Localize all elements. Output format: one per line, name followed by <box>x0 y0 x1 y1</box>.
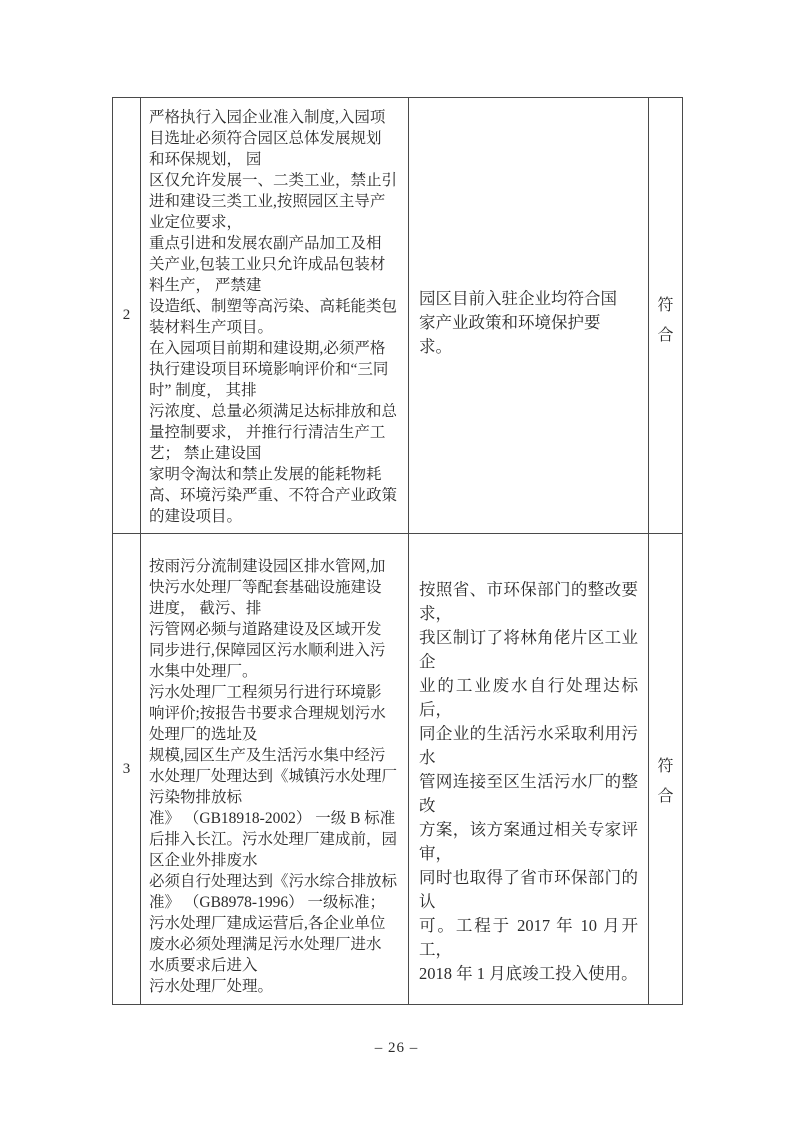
document-page: 2 严格执行入园企业准入制度,入园项 目选址必须符合园区总体发展规划 和环保规划… <box>0 0 793 1122</box>
status-cell: 按照省、市环保部门的整改要求， 我区制订了将林角佬片区工业企 业的工业废水自行处… <box>409 534 649 1005</box>
requirement-cell: 按雨污分流制建设园区排水管网,加 快污水处理厂等配套基础设施建设 进度， 截污、… <box>141 534 409 1005</box>
requirement-cell: 严格执行入园企业准入制度,入园项 目选址必须符合园区总体发展规划 和环保规划， … <box>141 98 409 534</box>
verdict-text: 符合 <box>657 291 675 351</box>
status-cell: 园区目前入驻企业均符合国 家产业政策和环境保护要 求。 <box>409 98 649 534</box>
verdict-text: 符合 <box>657 752 675 812</box>
compliance-table: 2 严格执行入园企业准入制度,入园项 目选址必须符合园区总体发展规划 和环保规划… <box>112 97 683 1005</box>
verdict-cell: 符合 <box>649 98 683 534</box>
verdict-cell: 符合 <box>649 534 683 1005</box>
table-row: 2 严格执行入园企业准入制度,入园项 目选址必须符合园区总体发展规划 和环保规划… <box>113 98 683 534</box>
table-row: 3 按雨污分流制建设园区排水管网,加 快污水处理厂等配套基础设施建设 进度， 截… <box>113 534 683 1005</box>
page-number: – 26 – <box>0 1040 793 1057</box>
row-index: 2 <box>113 98 141 534</box>
row-index: 3 <box>113 534 141 1005</box>
